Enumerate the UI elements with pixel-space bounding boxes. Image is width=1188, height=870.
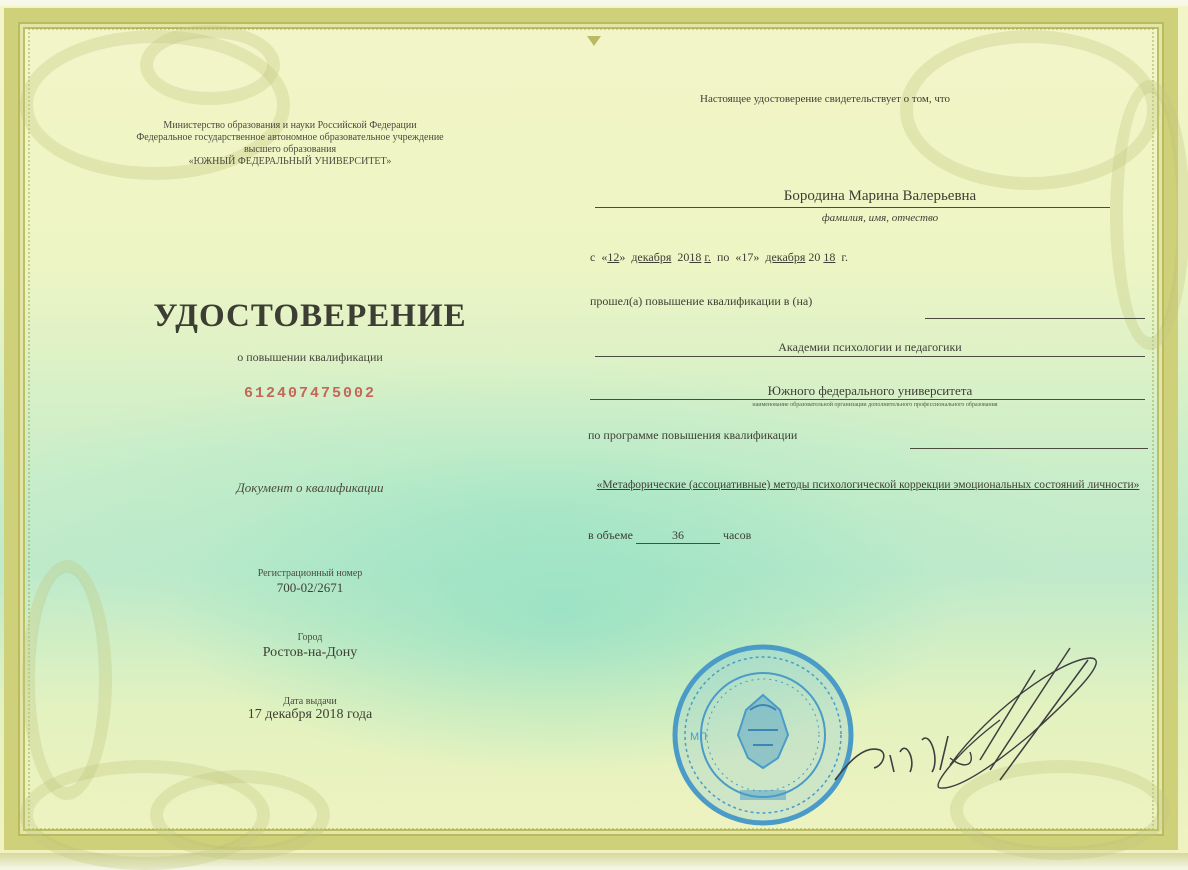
start-year-suffix: 18 (689, 250, 701, 264)
signature-icon (830, 640, 1120, 810)
svg-text:МП: МП (690, 731, 707, 743)
organization-line2-underline (590, 399, 1145, 400)
full-name-hint: фамилия, имя, отчество (740, 212, 1020, 224)
ministry-header: Министерство образования и науки Российс… (80, 120, 500, 168)
issue-date-label: Дата выдачи (200, 696, 420, 707)
frame-notch-ornament (587, 36, 601, 46)
serial-number: 612407475002 (170, 385, 450, 402)
registration-number: 700-02/2671 (200, 580, 420, 596)
city-label: Город (200, 632, 420, 643)
period-prefix: с (590, 250, 595, 264)
end-year-prefix: 20 (808, 250, 820, 264)
year-abbr-end: г. (841, 250, 848, 264)
registration-label: Регистрационный номер (200, 568, 420, 579)
holder-full-name: Бородина Марина Валерьевна (720, 188, 1040, 205)
passed-underline (925, 318, 1145, 319)
ministry-line: Федеральное государственное автономное о… (80, 132, 500, 144)
start-year-prefix: 20 (677, 250, 689, 264)
organization-line-2: Южного федерального университета (680, 383, 1060, 399)
city-value: Ростов-на-Дону (200, 645, 420, 661)
program-label: по программе повышения квалификации (588, 428, 908, 443)
certificate-title: УДОСТОВЕРЕНИЕ (130, 298, 490, 335)
start-month: декабря (631, 250, 671, 264)
organization-line-1: Академии психологии и педагогики (680, 340, 1060, 355)
guilloche-ornament-right-side (1110, 80, 1188, 350)
end-day: 17 (741, 250, 753, 264)
certificate-subtitle: о повышении квалификации (150, 350, 470, 365)
organization-hint: наименование образовательной организации… (640, 402, 1110, 408)
scan-edge-top (0, 0, 1188, 6)
ministry-line: высшего образования (80, 144, 500, 156)
period-to: по (717, 250, 729, 264)
program-label-underline (910, 448, 1148, 449)
name-underline (595, 207, 1110, 208)
study-period: с «12» декабря 2018 г. по «17» декабря 2… (590, 250, 1130, 265)
training-volume: в объеме 36 часов (588, 528, 888, 544)
start-day: 12 (607, 250, 619, 264)
certificate-intro: Настоящее удостоверение свидетельствует … (700, 93, 1100, 105)
ministry-line: Министерство образования и науки Российс… (80, 120, 500, 132)
program-name: «Метафорические (ассоциативные) методы п… (588, 475, 1148, 495)
issue-date-value: 17 декабря 2018 года (200, 707, 420, 723)
passed-training-label: прошел(а) повышение квалификации в (на) (590, 294, 930, 309)
document-kind: Документ о квалификации (170, 480, 450, 496)
ministry-line: «ЮЖНЫЙ ФЕДЕРАЛЬНЫЙ УНИВЕРСИТЕТ» (80, 156, 500, 168)
volume-prefix: в объеме (588, 528, 633, 542)
end-year-suffix: 18 (823, 250, 835, 264)
volume-hours: 36 (636, 528, 720, 544)
organization-line1-underline (595, 356, 1145, 357)
guilloche-ornament-top-left-2 (140, 25, 280, 105)
year-abbr: г. (704, 250, 711, 264)
certificate-sheet: Министерство образования и науки Российс… (0, 0, 1188, 867)
end-month: декабря (765, 250, 805, 264)
volume-unit: часов (723, 528, 751, 542)
guilloche-ornament-bottom-left-2 (150, 770, 330, 860)
